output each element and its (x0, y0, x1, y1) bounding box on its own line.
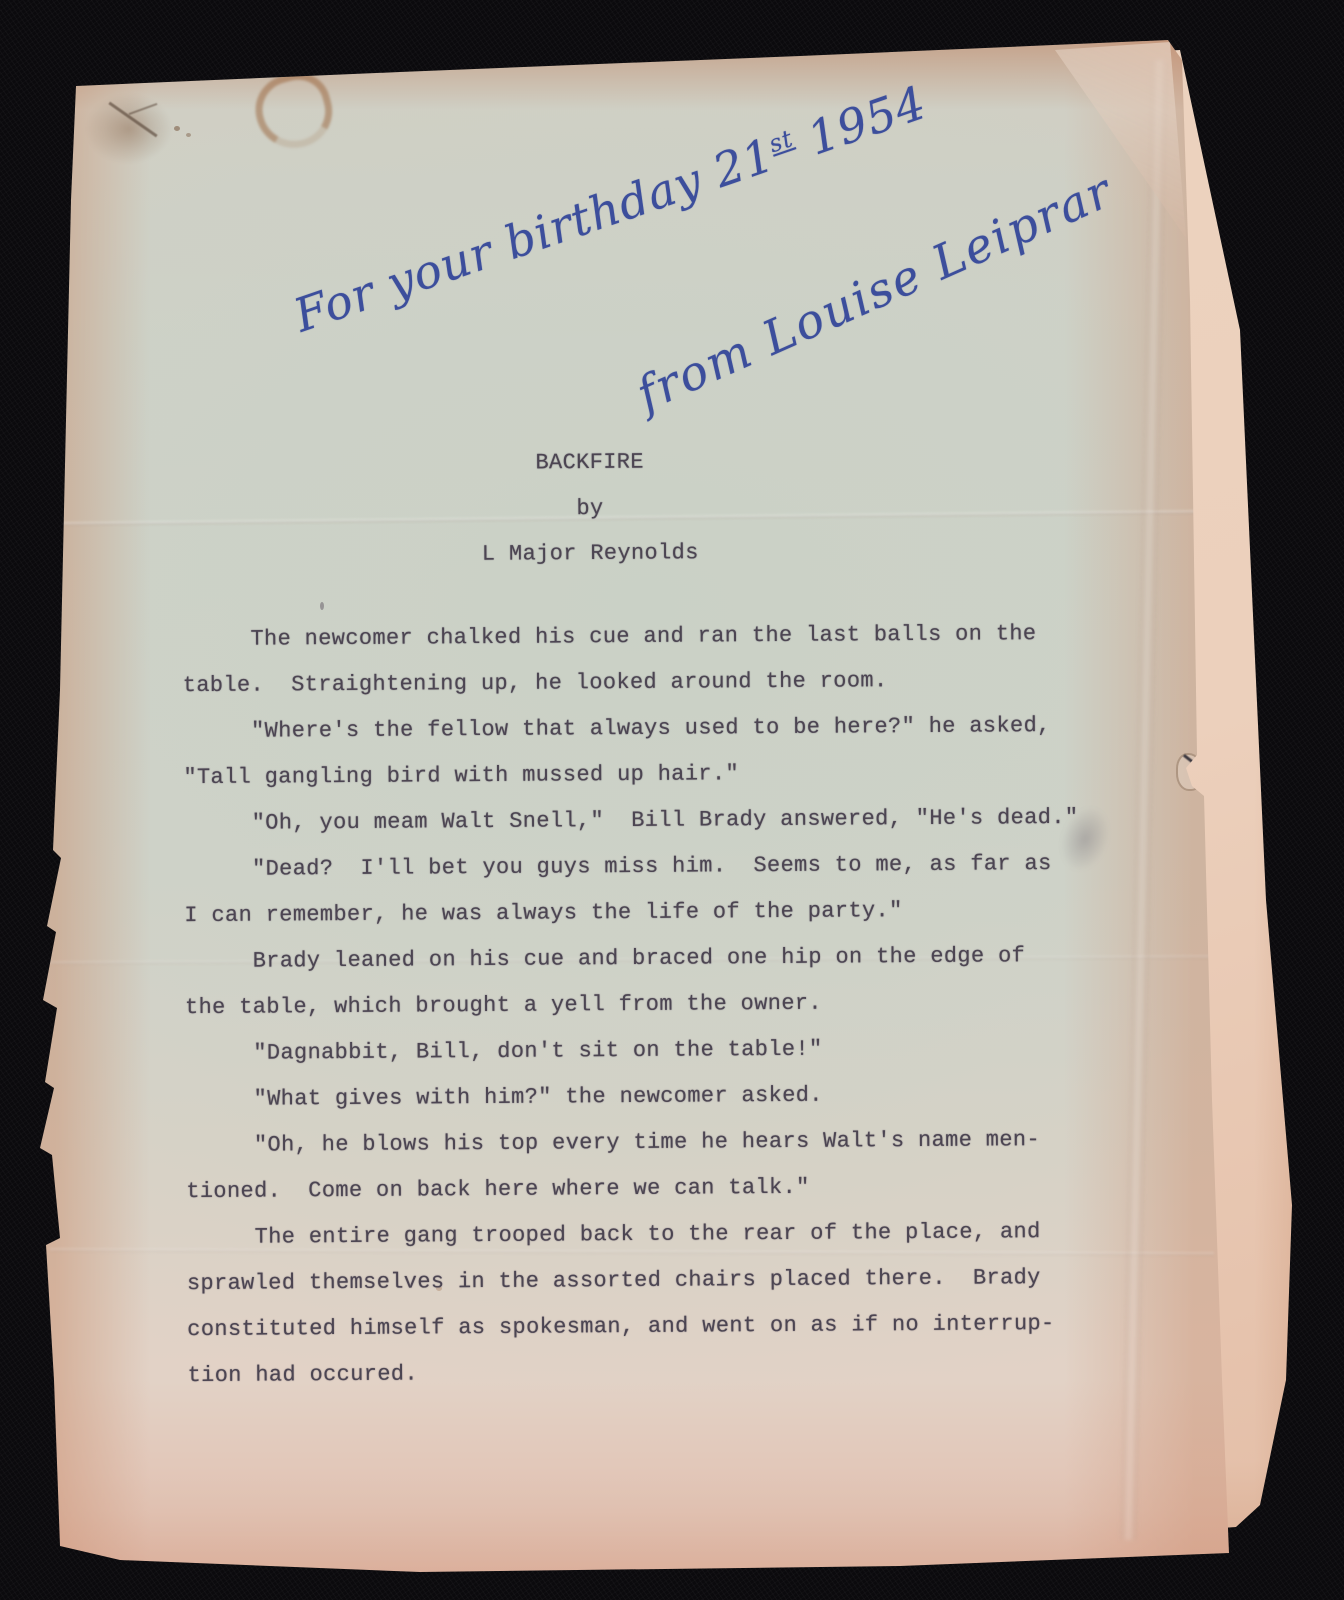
typed-line: I can remember, he was always the life o… (184, 887, 1084, 939)
typed-line: table. Straightening up, he looked aroun… (183, 657, 1083, 709)
typed-line: tion had occured. (187, 1347, 1087, 1399)
typed-line: "What gives with him?" the newcomer aske… (185, 1071, 1085, 1123)
typed-line: "Tall gangling bird with mussed up hair.… (183, 749, 1083, 801)
story-title: BACKFIRE (185, 437, 995, 488)
typed-line: "Where's the fellow that always used to … (183, 703, 1083, 755)
stain-speck (174, 126, 180, 131)
typed-line: "Oh, he blows his top every time he hear… (186, 1117, 1086, 1169)
typed-line: The entire gang trooped back to the rear… (186, 1209, 1086, 1261)
title-block: BACKFIRE by L Major Reynolds (185, 437, 996, 579)
stain-speck (320, 602, 324, 610)
author-name: L Major Reynolds (185, 528, 995, 579)
typed-line: "Oh, you meam Walt Snell," Bill Brady an… (184, 795, 1084, 847)
typed-line: "Dagnabbit, Bill, don't sit on the table… (185, 1025, 1085, 1077)
typed-line: The newcomer chalked his cue and ran the… (182, 611, 1082, 663)
byline: by (185, 483, 995, 534)
stain-speck (186, 133, 191, 137)
typed-line: constituted himself as spokesman, and we… (187, 1301, 1087, 1353)
typed-line: Brady leaned on his cue and braced one h… (185, 933, 1085, 985)
manuscript-page: For your birthday 21st 1954 from Louise … (0, 0, 1344, 1600)
typed-line: the table, which brought a yell from the… (185, 979, 1085, 1031)
typed-line: "Dead? I'll bet you guys miss him. Seems… (184, 841, 1084, 893)
photo-stage: For your birthday 21st 1954 from Louise … (0, 0, 1344, 1600)
typed-line: tioned. Come on back here where we can t… (186, 1163, 1086, 1215)
typed-line: sprawled themselves in the assorted chai… (187, 1255, 1087, 1307)
typed-body: The newcomer chalked his cue and ran the… (182, 611, 1087, 1399)
